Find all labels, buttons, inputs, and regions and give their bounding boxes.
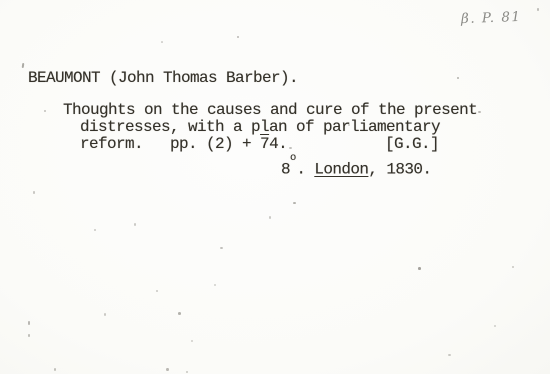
author-heading: BEAUMONT (John Thomas Barber).	[28, 70, 298, 87]
collation-text: reform. pp. (2) +	[80, 135, 260, 153]
imprint-place: London	[314, 160, 368, 178]
format-number: 8	[281, 160, 290, 178]
handwritten-shelfmark: β. P. 81	[461, 9, 522, 27]
imprint-separator: .	[296, 160, 314, 178]
catalog-card: β. P. 81 BEAUMONT (John Thomas Barber). …	[0, 0, 550, 374]
title-line-1: Thoughts on the causes and cure of the p…	[63, 102, 477, 119]
format-degree: o	[290, 152, 296, 164]
imprint-line: 8o. London, 1830.	[281, 160, 431, 178]
page-count-overlined: 7	[260, 135, 269, 153]
title-line-2: distresses, with a plan of parliamentary	[80, 119, 440, 136]
title-line-3: reform. pp. (2) + 74.	[80, 136, 287, 153]
collation-end: 4.	[269, 135, 287, 153]
shelfmark-bracketed: [G.G.]	[385, 136, 439, 153]
imprint-year: , 1830.	[368, 160, 431, 178]
